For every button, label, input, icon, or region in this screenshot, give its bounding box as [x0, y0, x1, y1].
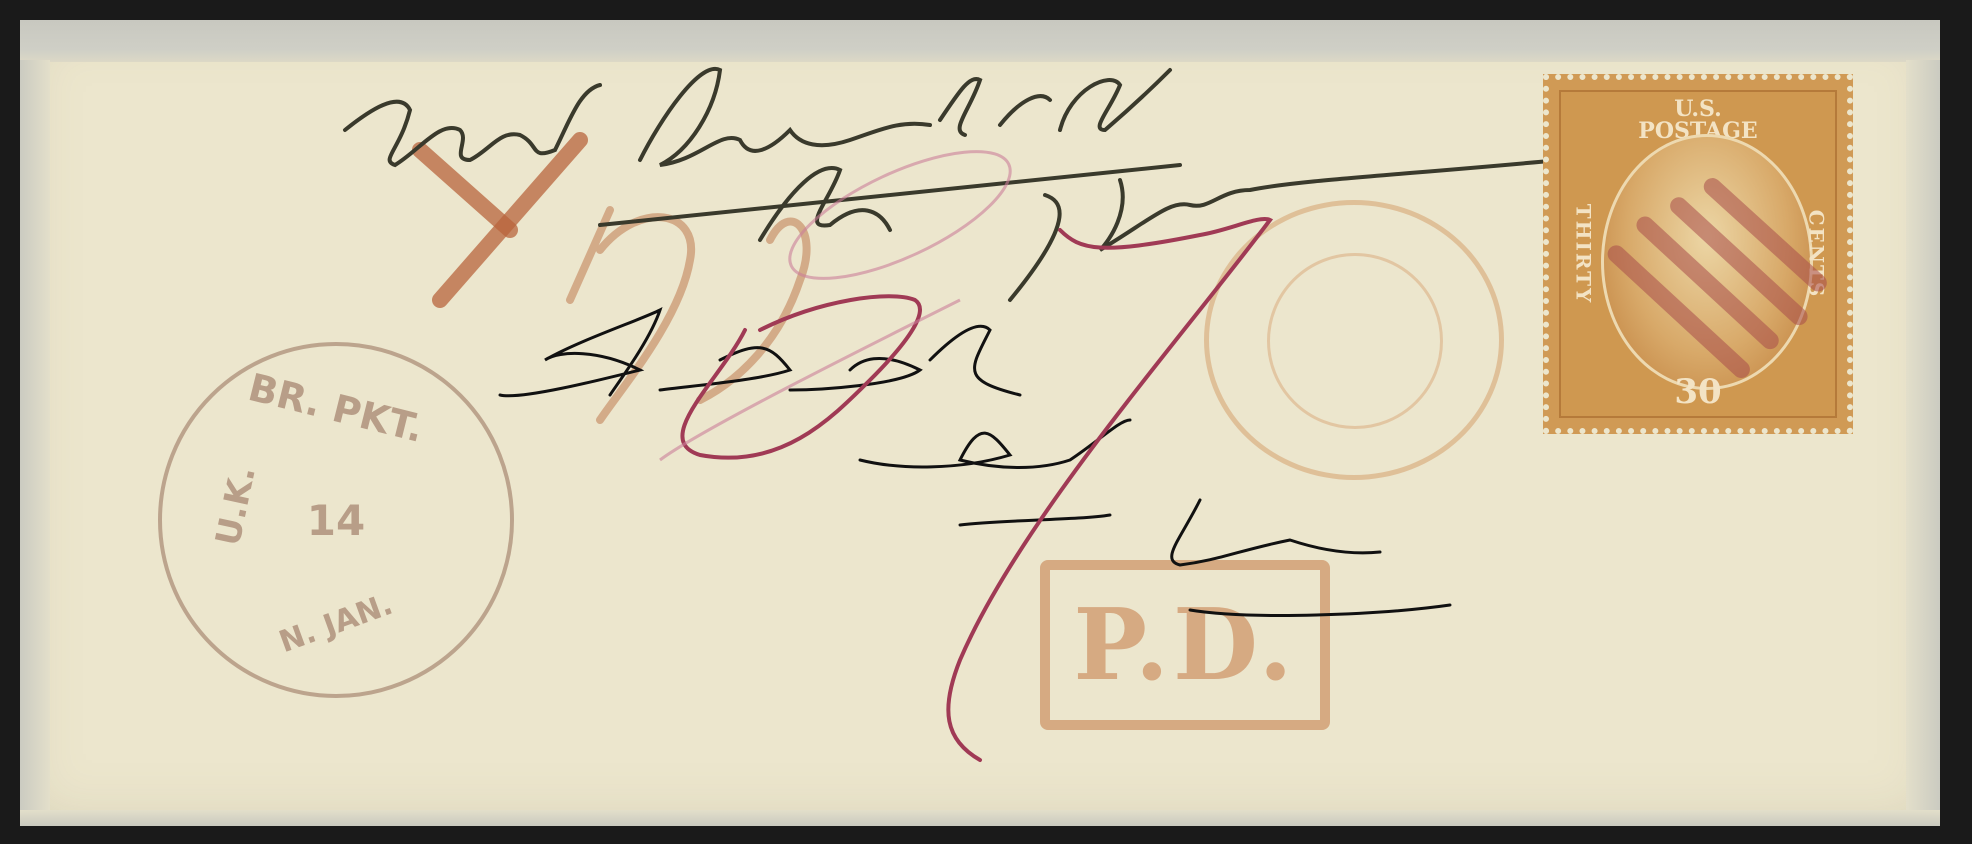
postage-stamp-30c: U.S. POSTAGE THIRTY CENTS 30	[1543, 74, 1853, 434]
pink-oval-mark	[660, 126, 1027, 460]
crayon-x-mark	[420, 140, 580, 300]
stamp-cancel-bars	[1549, 80, 1847, 428]
magenta-numeral-7	[682, 219, 1270, 760]
docket-handwriting	[345, 69, 1560, 300]
crayon-number-22	[570, 210, 807, 420]
